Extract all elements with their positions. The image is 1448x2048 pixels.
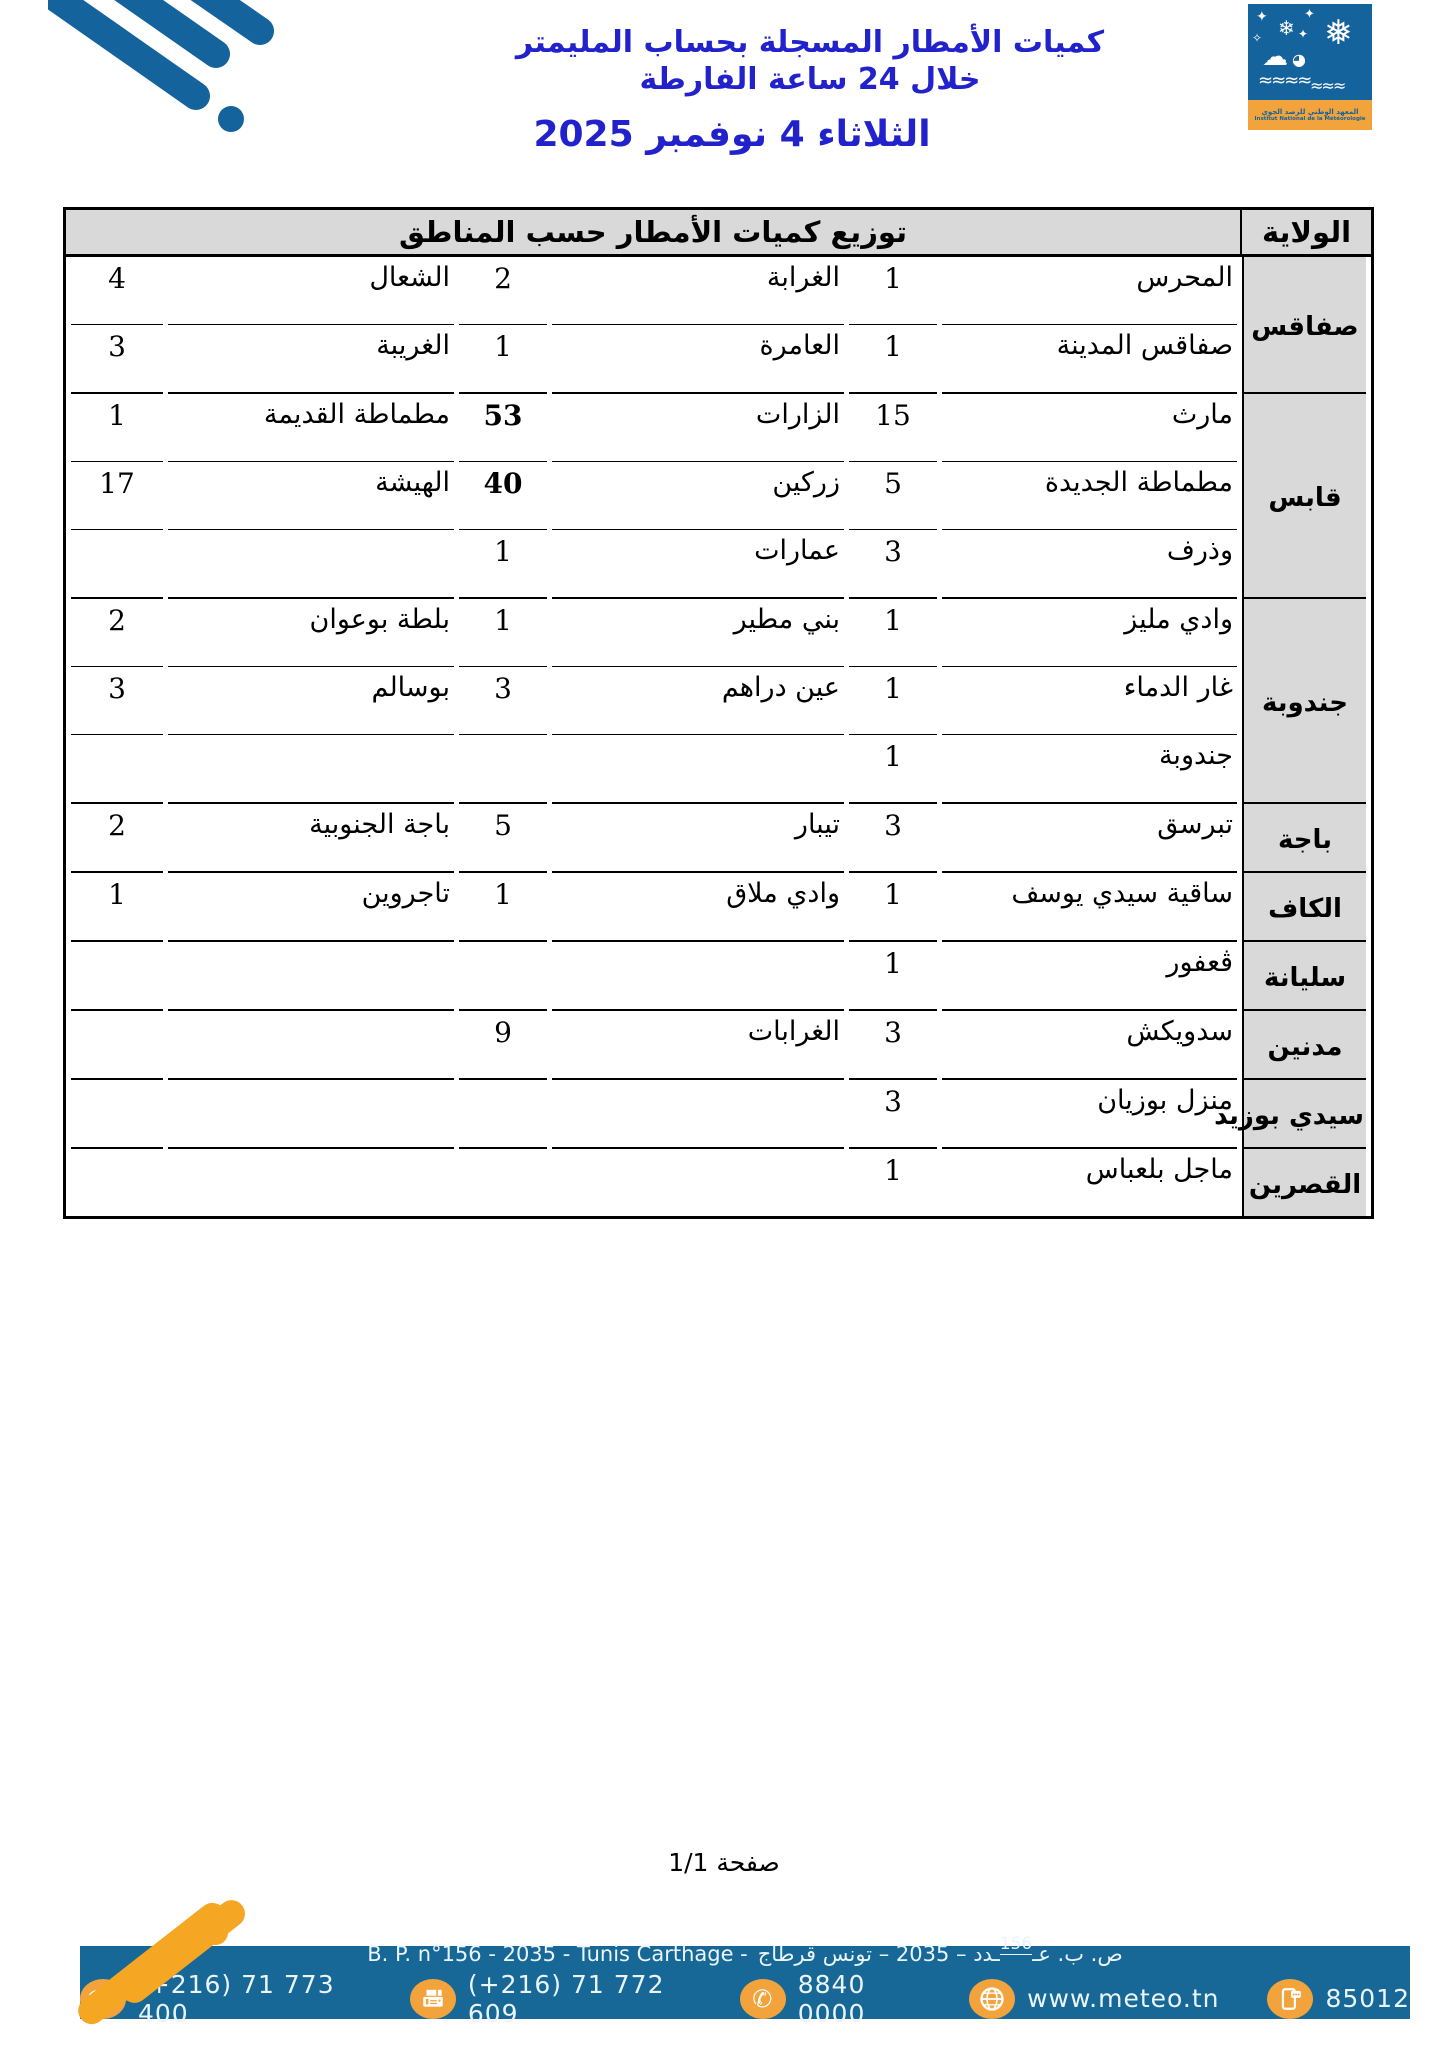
station-name-cell: ماجل بلعباس — [942, 1147, 1237, 1216]
rain-value-cell: 1 — [849, 257, 937, 324]
report-header: كميات الأمطار المسجلة بحساب المليمتر خلا… — [0, 24, 1448, 155]
snowflake-icon: ❅ — [1324, 16, 1353, 50]
rainfall-report-page: { "header": { "title_line1": "كميات الأم… — [0, 0, 1448, 2048]
rain-value-cell: 1 — [849, 324, 937, 392]
station-name-cell: وذرف — [942, 529, 1237, 597]
rainfall-table-grid: صفاقسالمحرس1الغرابة2الشعال4صفاقس المدينة… — [66, 257, 1371, 1216]
table-row: وذرف3عمارات1 — [71, 529, 1366, 597]
rain-value-cell: 3 — [849, 1009, 937, 1078]
regions-header-cell: توزيع كميات الأمطار حسب المناطق — [66, 210, 1240, 254]
rain-value-cell: 1 — [849, 1147, 937, 1216]
station-name-cell: تيبار — [552, 802, 844, 871]
station-name-cell: عمارات — [552, 529, 844, 597]
station-name-cell — [168, 529, 454, 597]
station-name-cell: باجة الجنوبية — [168, 802, 454, 871]
rain-value-cell: 2 — [459, 257, 547, 324]
rain-value-cell: 9 — [459, 1009, 547, 1078]
rain-value-cell: 2 — [71, 802, 163, 871]
footer-band: B. P. n°156 - 2035 - Tunis Carthage - ص.… — [80, 1946, 1410, 2019]
sun-swirl-icon: ☁ — [1262, 44, 1288, 70]
rain-value-cell: 3 — [849, 529, 937, 597]
table-header-row: الولاية توزيع كميات الأمطار حسب المناطق — [66, 210, 1371, 257]
rain-value-cell: 15 — [849, 392, 937, 461]
station-name-cell — [552, 940, 844, 1009]
inm-institute-logo: ✦ ❄ ✦ ❅ ✧ ✦ ☁ ◕ ≈≈≈≈ ≈≈≈ المعهد الوطني ل… — [1248, 4, 1372, 130]
table-row: مطماطة الجديدة5زركين40الهيشة17 — [71, 461, 1366, 529]
governorate-cell: الكاف — [1242, 871, 1366, 940]
rain-value-cell: 1 — [71, 392, 163, 461]
snowflake-icon: ❄ — [1278, 18, 1295, 38]
rain-value-cell: 2 — [71, 597, 163, 666]
station-name-cell: الشعال — [168, 257, 454, 324]
rain-value-cell — [71, 940, 163, 1009]
rain-value-cell: 1 — [849, 940, 937, 1009]
station-name-cell: جندوبة — [942, 734, 1237, 802]
globe-icon — [969, 1979, 1015, 2019]
station-name-cell — [168, 1147, 454, 1216]
rain-value-cell: 1 — [849, 666, 937, 734]
address-box-number: 156 — [1000, 1934, 1032, 1955]
station-name-cell: مطماطة الجديدة — [942, 461, 1237, 529]
sun-swirl-icon: ◕ — [1292, 52, 1306, 68]
table-row: سليانةڨعفور1 — [71, 940, 1366, 1009]
inm-logo-art: ✦ ❄ ✦ ❅ ✧ ✦ ☁ ◕ ≈≈≈≈ ≈≈≈ — [1248, 4, 1372, 100]
rain-value-cell: 53 — [459, 392, 547, 461]
table-row: صفاقسالمحرس1الغرابة2الشعال4 — [71, 257, 1366, 324]
inm-logo-caption: المعهد الوطني للرصد الجوي Institut Natio… — [1248, 100, 1372, 130]
contact-value: 85012 — [1325, 1984, 1410, 2013]
contact-item: ✆8840 0000 — [740, 1970, 921, 2028]
station-name-cell: بني مطير — [552, 597, 844, 666]
contact-item: www.meteo.tn — [969, 1979, 1219, 2019]
station-name-cell: مطماطة القديمة — [168, 392, 454, 461]
star-icon: ✦ — [1298, 28, 1308, 40]
footer-address: B. P. n°156 - 2035 - Tunis Carthage - ص.… — [80, 1938, 1410, 1966]
table-row: غار الدماء1عين دراهم3بوسالم3 — [71, 666, 1366, 734]
station-name-cell: زركين — [552, 461, 844, 529]
station-name-cell: بلطة بوعوان — [168, 597, 454, 666]
rain-value-cell: 3 — [71, 324, 163, 392]
rain-value-cell — [71, 1078, 163, 1147]
governorate-header-cell: الولاية — [1240, 210, 1371, 254]
rain-value-cell — [459, 734, 547, 802]
station-name-cell — [552, 1078, 844, 1147]
governorate-cell: سليانة — [1242, 940, 1366, 1009]
station-name-cell: المحرس — [942, 257, 1237, 324]
rain-value-cell: 17 — [71, 461, 163, 529]
station-name-cell: الغرابات — [552, 1009, 844, 1078]
contact-value: www.meteo.tn — [1027, 1984, 1219, 2013]
rain-value-cell: 5 — [459, 802, 547, 871]
call-center-icon: ✆ — [740, 1979, 786, 2019]
rainfall-table: الولاية توزيع كميات الأمطار حسب المناطق … — [63, 207, 1374, 1219]
station-name-cell: مارث — [942, 392, 1237, 461]
waves-icon: ≈≈≈ — [1310, 78, 1344, 94]
rain-value-cell — [459, 1147, 547, 1216]
stripe-dot-decor — [203, 1920, 228, 1945]
table-row: قابسمارث15الزارات53مطماطة القديمة1 — [71, 392, 1366, 461]
station-name-cell: بوسالم — [168, 666, 454, 734]
address-latin: B. P. n°156 - 2035 - Tunis Carthage - — [367, 1942, 747, 1966]
rain-value-cell: 4 — [71, 257, 163, 324]
rain-value-cell: 1 — [459, 324, 547, 392]
waves-icon: ≈≈≈≈ — [1258, 72, 1310, 90]
contact-item: (+216) 71 772 609 — [410, 1970, 692, 2028]
station-name-cell: العامرة — [552, 324, 844, 392]
rain-value-cell: 3 — [849, 1078, 937, 1147]
station-name-cell: تبرسق — [942, 802, 1237, 871]
footer-contacts: ☎(+216) 71 773 400(+216) 71 772 609✆8840… — [80, 1970, 1410, 2028]
station-name-cell: الزارات — [552, 392, 844, 461]
table-row: صفاقس المدينة1العامرة1الغريبة3 — [71, 324, 1366, 392]
station-name-cell: تاجروين — [168, 871, 454, 940]
contact-value: (+216) 71 772 609 — [468, 1970, 692, 2028]
rain-value-cell — [459, 940, 547, 1009]
rain-table-body: صفاقسالمحرس1الغرابة2الشعال4صفاقس المدينة… — [71, 257, 1366, 1216]
contact-value: 8840 0000 — [798, 1970, 921, 2028]
station-name-cell: الهيشة — [168, 461, 454, 529]
station-name-cell: عين دراهم — [552, 666, 844, 734]
governorate-cell: جندوبة — [1242, 597, 1366, 802]
rain-value-cell — [71, 734, 163, 802]
rain-value-cell: 1 — [849, 597, 937, 666]
table-row: سيدي بوزيدمنزل بوزيان3 — [71, 1078, 1366, 1147]
station-name-cell: وادي مليز — [942, 597, 1237, 666]
star-icon: ✦ — [1256, 10, 1268, 24]
report-date: الثلاثاء 4 نوفمبر 2025 — [8, 114, 1448, 155]
station-name-cell: غار الدماء — [942, 666, 1237, 734]
station-name-cell: منزل بوزيان — [942, 1078, 1237, 1147]
station-name-cell: وادي ملاق — [552, 871, 844, 940]
sms-icon — [1267, 1979, 1313, 2019]
rain-value-cell: 3 — [849, 802, 937, 871]
station-name-cell — [552, 734, 844, 802]
station-name-cell: الغرابة — [552, 257, 844, 324]
governorate-cell: مدنين — [1242, 1009, 1366, 1078]
station-name-cell: ڨعفور — [942, 940, 1237, 1009]
station-name-cell — [552, 1147, 844, 1216]
rain-value-cell: 5 — [849, 461, 937, 529]
station-name-cell — [168, 1078, 454, 1147]
station-name-cell: ساقية سيدي يوسف — [942, 871, 1237, 940]
table-row: مدنينسدويكش3الغرابات9 — [71, 1009, 1366, 1078]
address-arabic: ص. ب. عـ156ـدد – 2035 – تونس قرطاج — [758, 1938, 1123, 1966]
rain-value-cell: 1 — [459, 529, 547, 597]
rain-value-cell: 3 — [459, 666, 547, 734]
report-title-line2: خلال 24 ساعة الفارطة — [86, 61, 1448, 98]
table-row: باجةتبرسق3تيبار5باجة الجنوبية2 — [71, 802, 1366, 871]
table-row: جندوبة1 — [71, 734, 1366, 802]
rain-value-cell: 40 — [459, 461, 547, 529]
page-number: صفحة 1/1 — [0, 1848, 1448, 1877]
rain-value-cell: 3 — [71, 666, 163, 734]
star-icon: ✧ — [1252, 32, 1262, 44]
table-row: جندوبةوادي مليز1بني مطير1بلطة بوعوان2 — [71, 597, 1366, 666]
table-row: القصرينماجل بلعباس1 — [71, 1147, 1366, 1216]
governorate-cell: صفاقس — [1242, 257, 1366, 392]
station-name-cell: سدويكش — [942, 1009, 1237, 1078]
station-name-cell: صفاقس المدينة — [942, 324, 1237, 392]
rain-value-cell: 1 — [849, 734, 937, 802]
rain-value-cell: 1 — [71, 871, 163, 940]
rain-value-cell — [71, 529, 163, 597]
rain-value-cell: 1 — [459, 871, 547, 940]
table-row: الكافساقية سيدي يوسف1وادي ملاق1تاجروين1 — [71, 871, 1366, 940]
rain-value-cell — [71, 1009, 163, 1078]
report-title-line1: كميات الأمطار المسجلة بحساب المليمتر — [86, 24, 1448, 61]
governorate-cell: سيدي بوزيد — [1242, 1078, 1366, 1147]
contact-value: (+216) 71 773 400 — [138, 1970, 362, 2028]
rain-value-cell: 1 — [459, 597, 547, 666]
station-name-cell — [168, 1009, 454, 1078]
inm-caption-latin: Institut National de la Météorologie — [1248, 116, 1372, 122]
inm-caption-arabic: المعهد الوطني للرصد الجوي — [1248, 108, 1372, 116]
station-name-cell: الغريبة — [168, 324, 454, 392]
rain-value-cell: 1 — [849, 871, 937, 940]
station-name-cell — [168, 734, 454, 802]
rain-value-cell — [459, 1078, 547, 1147]
station-name-cell — [168, 940, 454, 1009]
rain-value-cell — [71, 1147, 163, 1216]
governorate-cell: باجة — [1242, 802, 1366, 871]
star-icon: ✦ — [1304, 8, 1315, 21]
fax-icon — [410, 1979, 456, 2019]
governorate-cell: القصرين — [1242, 1147, 1366, 1216]
governorate-cell: قابس — [1242, 392, 1366, 597]
contact-item: 85012 — [1267, 1979, 1410, 2019]
